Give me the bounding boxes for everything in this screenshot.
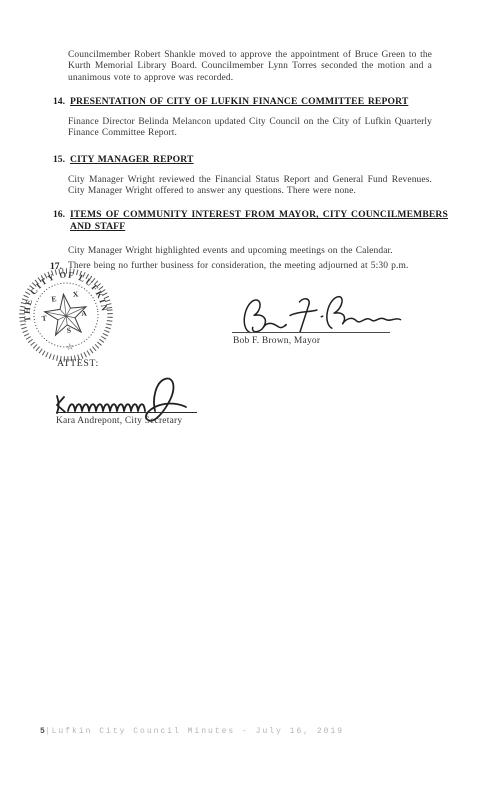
- seal-letter-e: E: [51, 294, 57, 304]
- secretary-signature-line: [56, 412, 197, 413]
- footer-text: |Lufkin City Council Minutes - July 16, …: [45, 727, 344, 736]
- item-16-title-line1: ITEMS OF COMMUNITY INTEREST FROM MAYOR, …: [70, 209, 448, 221]
- item-16-title-line2: AND STAFF: [70, 221, 448, 233]
- intro-paragraph: Councilmember Robert Shankle moved to ap…: [68, 50, 432, 84]
- item-17-body: There being no further business for cons…: [68, 261, 448, 272]
- minutes-page: Councilmember Robert Shankle moved to ap…: [0, 0, 485, 800]
- item-14-number: 14.: [53, 96, 65, 107]
- seal-letter-a: A: [81, 308, 88, 318]
- mayor-name-title: Bob F. Brown, Mayor: [233, 336, 320, 346]
- mayor-signature: [233, 288, 401, 336]
- item-14-title: PRESENTATION OF CITY OF LUFKIN FINANCE C…: [70, 96, 440, 108]
- item-15-body: City Manager Wright reviewed the Financi…: [68, 175, 432, 198]
- seal-letter-t: T: [41, 313, 47, 323]
- item-16-number: 16.: [53, 209, 65, 220]
- mayor-signature-line: [232, 332, 390, 333]
- attest-label: ATTEST:: [57, 358, 99, 369]
- item-15-number: 15.: [53, 154, 65, 165]
- page-footer: 5|Lufkin City Council Minutes - July 16,…: [40, 727, 344, 736]
- item-14-body: Finance Director Belinda Melancon update…: [68, 117, 432, 140]
- city-seal: THE CITY OF LUFKIN: [17, 266, 115, 364]
- secretary-name-title: Kara Andrepont, City Secretary: [56, 416, 182, 426]
- seal-letter-x: X: [72, 289, 79, 299]
- item-16-body: City Manager Wright highlighted events a…: [68, 246, 440, 257]
- item-15-title: CITY MANAGER REPORT: [70, 154, 440, 166]
- seal-bottom-star-icon: ☆: [65, 341, 74, 352]
